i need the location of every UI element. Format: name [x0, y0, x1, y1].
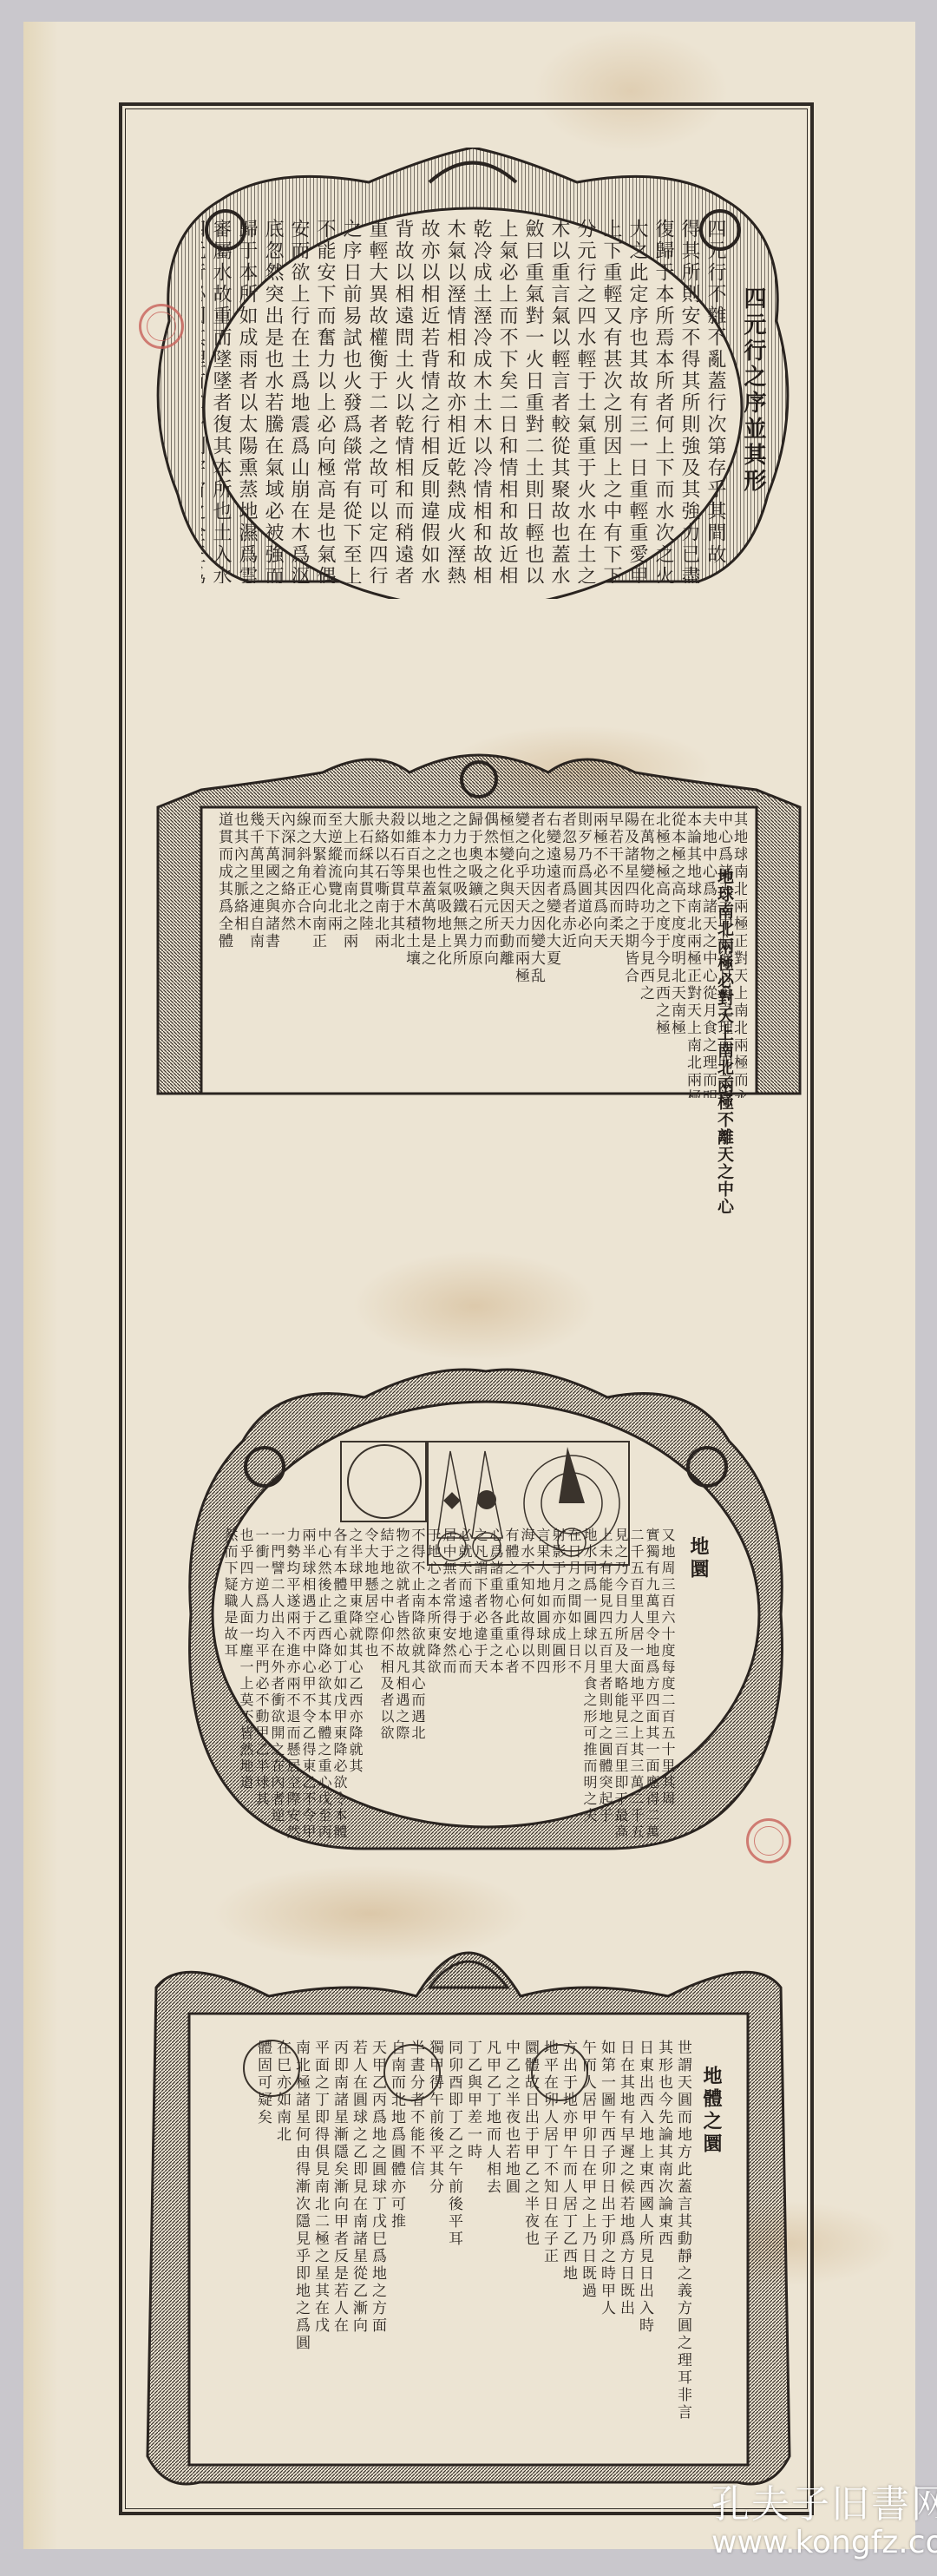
- panel-1-text-body: 四元行不雜不亂蓋行次第存乎其間故 得其所則安不得其所則強及其強力已盡 復歸于本所…: [201, 219, 726, 583]
- text-column: 然而下疑職是故耳: [224, 1528, 238, 1840]
- text-column: 也乎四方人面一塵一上莫不皆然地道: [238, 1528, 253, 1840]
- site-watermark: 孔夫子旧書网 www.kongfz.com: [711, 2484, 937, 2560]
- text-column: 幾千萬里之連自南: [247, 812, 263, 1098]
- gravity-center-diagram: [340, 1441, 427, 1522]
- text-column: 結于地之中心仰不相及者以欲: [378, 1528, 394, 1840]
- text-column: 而大緊着心向南正: [310, 812, 325, 1098]
- text-column: 背故以相遠問土火以乾情相和而稍遠者以土火雖有: [392, 219, 414, 583]
- text-column: 脈石綵其貫之陸: [357, 812, 372, 1098]
- text-column: 在巳亦如南北: [273, 2040, 291, 2474]
- text-column: 海水不知何故得以不: [519, 1528, 534, 1840]
- text-column: 道貫而成其爲全體: [216, 812, 232, 1098]
- panel-2-text-body: 其地球南北兩極正對天上南北兩極而永遠不離者 中心爲諸天之中心從月食之理而明之新法…: [205, 812, 747, 1098]
- red-seal-stamp: [746, 1818, 791, 1863]
- text-column: 不得不止南降欲就其心而遇北: [410, 1528, 425, 1840]
- text-column: 極恒變化與因天動離: [497, 812, 513, 1098]
- text-column: 兩極不必其爲向天: [591, 812, 606, 1098]
- text-column: 陽及諸星四時之期皆合: [622, 812, 638, 1098]
- text-column: 審屬水故重而墜墜者復其本所也土入水必下至水底: [210, 219, 232, 583]
- text-column: 平面之丁即得俱見南北二極之星其在戊: [311, 2040, 329, 2474]
- watermark-site-name: 孔夫子旧書网: [711, 2484, 937, 2526]
- text-column: 圜體故日出于甲乙之半夜也: [521, 2040, 539, 2474]
- text-column: 一衝一逆爲力均平門必不動甲乙半球其: [253, 1528, 269, 1840]
- text-column: 若人在圓球之乙即見在南諸星從乙漸向: [350, 2040, 367, 2474]
- text-column: 同卯酉即丁乙之午前後平耳: [445, 2040, 462, 2474]
- text-column: 本論其地球南北兩極正對天上南北兩極: [685, 812, 700, 1098]
- text-column: 其形也今先論其南次論東西: [655, 2040, 672, 2474]
- panel-1-title: 四元行之序並其形: [737, 286, 770, 495]
- text-column: 物之欲就者皆然故凡相遇之際: [394, 1528, 410, 1840]
- text-column: 地本之也蓋萬物是之: [419, 812, 435, 1098]
- text-column: 有體之重心此重心者: [503, 1528, 519, 1840]
- text-column: 也其內之脈絡相: [232, 812, 247, 1098]
- text-column: 日在其地有早遲之候若地爲方日既出: [617, 2040, 634, 2474]
- text-column: 四元行不雜不亂蓋行次第存乎其間故: [704, 219, 726, 583]
- text-column: 之力之性氣吸地上化: [435, 812, 450, 1098]
- text-column: 射影于月而亦成圓形: [550, 1528, 566, 1840]
- text-column: 日東出西入地上東西國人所見日出入時: [636, 2040, 653, 2474]
- text-column: 在萬物變化功于今見西之: [638, 812, 653, 1098]
- text-column: 力勢均平遂兩不進亦兩不退而懸居空際安然: [285, 1528, 300, 1840]
- text-column: 體固可疑矣: [254, 2040, 272, 2474]
- text-column: 之半球甲東降就其心乙西亦降就其: [347, 1528, 363, 1840]
- text-column: 早若干不因而柔天: [606, 812, 622, 1098]
- text-column: 者化之功因之因變大乱: [528, 812, 544, 1098]
- text-column: 中乙之半夜也若地圓: [502, 2040, 520, 2474]
- text-column: 居中無者常得安然而: [441, 1528, 456, 1840]
- panel-3-text-body: 又地周三百六十度每度二百五十里其周 實獨有九萬里令地爲方四面其一面應得二萬 二千…: [224, 1528, 675, 1840]
- text-column: 重輕大異故權衡于二者之故可以定四行之序矣三曰見: [366, 219, 388, 583]
- text-column: 令大地懸居空際也: [363, 1528, 378, 1840]
- text-column: 在日月之間如上日不: [566, 1528, 581, 1840]
- text-column: 兩半球相遇于丙中心甲不令乙得東乙不令甲得: [300, 1528, 316, 1840]
- panel-2-title: 地球南北兩極必對天上南北兩極不離天之中心: [713, 868, 737, 1215]
- text-column: 夬絡以石嘶南北兩: [372, 812, 388, 1098]
- panel-4-text-body: 世謂天圓而地方此蓋言其動靜之義方圓之理耳非言 其形也今先論其南次論東西 日東出西…: [201, 2040, 691, 2474]
- red-seal-stamp: [139, 304, 184, 349]
- text-column: 之力也之吸鐵無異所: [450, 812, 466, 1098]
- text-column: 上未有能見四五百里者則地之圓體突起于: [597, 1528, 613, 1840]
- text-column: 歸于本所如成雨者以太陽熏蒸地濕爲雲雲稀爲氣故: [236, 219, 258, 583]
- text-column: 地平在卯人居丁不知日在子正: [541, 2040, 558, 2474]
- text-column: 南北極諸星何由得漸次隱見乎即地之爲圓: [292, 2040, 310, 2474]
- text-column: 半晝分者不能不信: [407, 2040, 424, 2474]
- text-column: 凡甲乙丁地而人相去: [483, 2040, 501, 2474]
- panel-4-title: 地體之圜: [698, 2066, 725, 2156]
- text-column: 線之斜角正合木: [294, 812, 310, 1098]
- text-column: 斂曰重氣對一火日重對二土則日輕也以是知水: [522, 219, 544, 583]
- text-column: 獨甲得午前後平其分: [426, 2040, 443, 2474]
- watermark-url: www.kongfz.com: [711, 2526, 937, 2560]
- text-column: 大上而向南北之兩: [341, 812, 357, 1098]
- text-column: 木以重言氣以輕言者較從其聚故也蓋水對一土日: [548, 219, 570, 583]
- text-column: 二千五百里人居一面地平之上其三萬二千五百里之: [628, 1528, 644, 1840]
- text-column: 中心然後止乙西降必欲其本體之重心戊至丙中: [316, 1528, 331, 1840]
- text-column: 地水同爲一圓球以月食之形可推而明之夫: [581, 1528, 597, 1840]
- text-column: 安而欲上行在土爲地震爲山崩在木爲沤爲泡試強一: [288, 219, 310, 583]
- text-column: 不能安下而奮力以上必向極高是也氣偶入土水之中: [314, 219, 336, 583]
- text-column: 于地心之本所東降欲: [425, 1528, 441, 1840]
- text-column: 天下萬國之與諸書: [263, 812, 278, 1098]
- text-column: 故亦以相近若背情之行相反則違假如水冷而溼火熱: [418, 219, 440, 583]
- text-column: 見之乃今目力所及大略能見三百里即于最高山: [613, 1528, 628, 1840]
- text-column: 北極之極高之度于今見西之極: [653, 812, 669, 1098]
- text-column: 之凡謂下者必違于天: [472, 1528, 488, 1840]
- text-column: 午而人居甲卯日在甲之上乃日既過: [579, 2040, 596, 2474]
- text-column: 者忽易而爲者赤近: [560, 812, 575, 1098]
- text-column: 又地周三百六十度每度二百五十里其周: [659, 1528, 675, 1840]
- text-column: 分元行之四水輕于土氣重于火水在土之上氣在火: [574, 219, 596, 583]
- text-column: 心爲諸重物各重之本: [488, 1528, 503, 1840]
- text-column: 一門譬二人出入在外者衝欲開之在內者逆: [269, 1528, 285, 1840]
- text-column: 從本極之高下度度明北天南極: [669, 812, 685, 1098]
- text-column: 天甲乙丙爲地之圓球丁戊巳爲地之方面: [369, 2040, 386, 2474]
- text-column: 偶然本之之元所而向: [482, 812, 497, 1098]
- text-column: 得其所則安不得其所則強及其強力已盡: [678, 219, 700, 583]
- text-column: 方出于地亦甲午而人居丁乙西地: [560, 2040, 577, 2474]
- text-column: 必就天而遠于地心而: [456, 1528, 472, 1840]
- text-column: 變之向乎天天力而兩極: [513, 812, 528, 1098]
- text-column: 四元行必圓其理有二一則宇宙之全正爲一球以天: [201, 219, 206, 583]
- text-column: 至逆縱流覽北兩: [325, 812, 341, 1098]
- text-column: 實獨有九萬里令地爲方四面其一面應得二萬: [644, 1528, 659, 1840]
- text-column: 歸于奧吸鑛石之力原: [466, 812, 482, 1098]
- text-column: 言果大地如圓球則四: [534, 1528, 550, 1840]
- text-column: 丙即南諸星漸隱矣漸向甲者反是若人在: [331, 2040, 348, 2474]
- text-column: 底忽然突出是也水若騰在氣域必被強而不得安必強: [262, 219, 284, 583]
- text-column: 自南而北地爲圓體亦可推: [388, 2040, 405, 2474]
- text-column: 如第一圖午西子卯日出于卯之時甲人: [598, 2040, 615, 2474]
- text-column: 上下重輕又有甚次之別因上之中有下下之中有: [600, 219, 622, 583]
- text-column: 右變遠遠者變化大夏: [544, 812, 560, 1098]
- text-column: 丁乙與甲差一時: [464, 2040, 482, 2474]
- text-column: 木氣以溼情相和故亦相近乾熱成火溼熱成氣火以氣: [444, 219, 466, 583]
- text-column: 乾冷成土溼冷成木土木以冷情相和故相近溼熱: [470, 219, 492, 583]
- text-column: 大之此定序也其故有三一日重輕重愛甲輕愛高: [626, 219, 648, 583]
- text-column: 世謂天圓而地方此蓋言其動靜之義方圓之理耳非言: [674, 2040, 691, 2474]
- text-column: 內深洞之絡亦然: [278, 812, 294, 1098]
- text-column: 復歸于本所焉本所者何上下而水次之火上而: [652, 219, 674, 583]
- text-column: 各有本體之重心如丁如戊甲東降必欲令本體之: [331, 1528, 347, 1840]
- text-column: 之序日前易試也火發爲燄常有從下至上尖殺之形西: [340, 219, 362, 583]
- text-column: 殺如石等貫于其北: [388, 812, 403, 1098]
- text-column: 則歹乃爲圓道必向: [575, 812, 591, 1098]
- panel-3-title: 地圜: [685, 1536, 712, 1581]
- text-column: 以維百果草木積土壤: [403, 812, 419, 1098]
- text-column: 上氣必上而不下矣二日和情相和故近相背則: [496, 219, 518, 583]
